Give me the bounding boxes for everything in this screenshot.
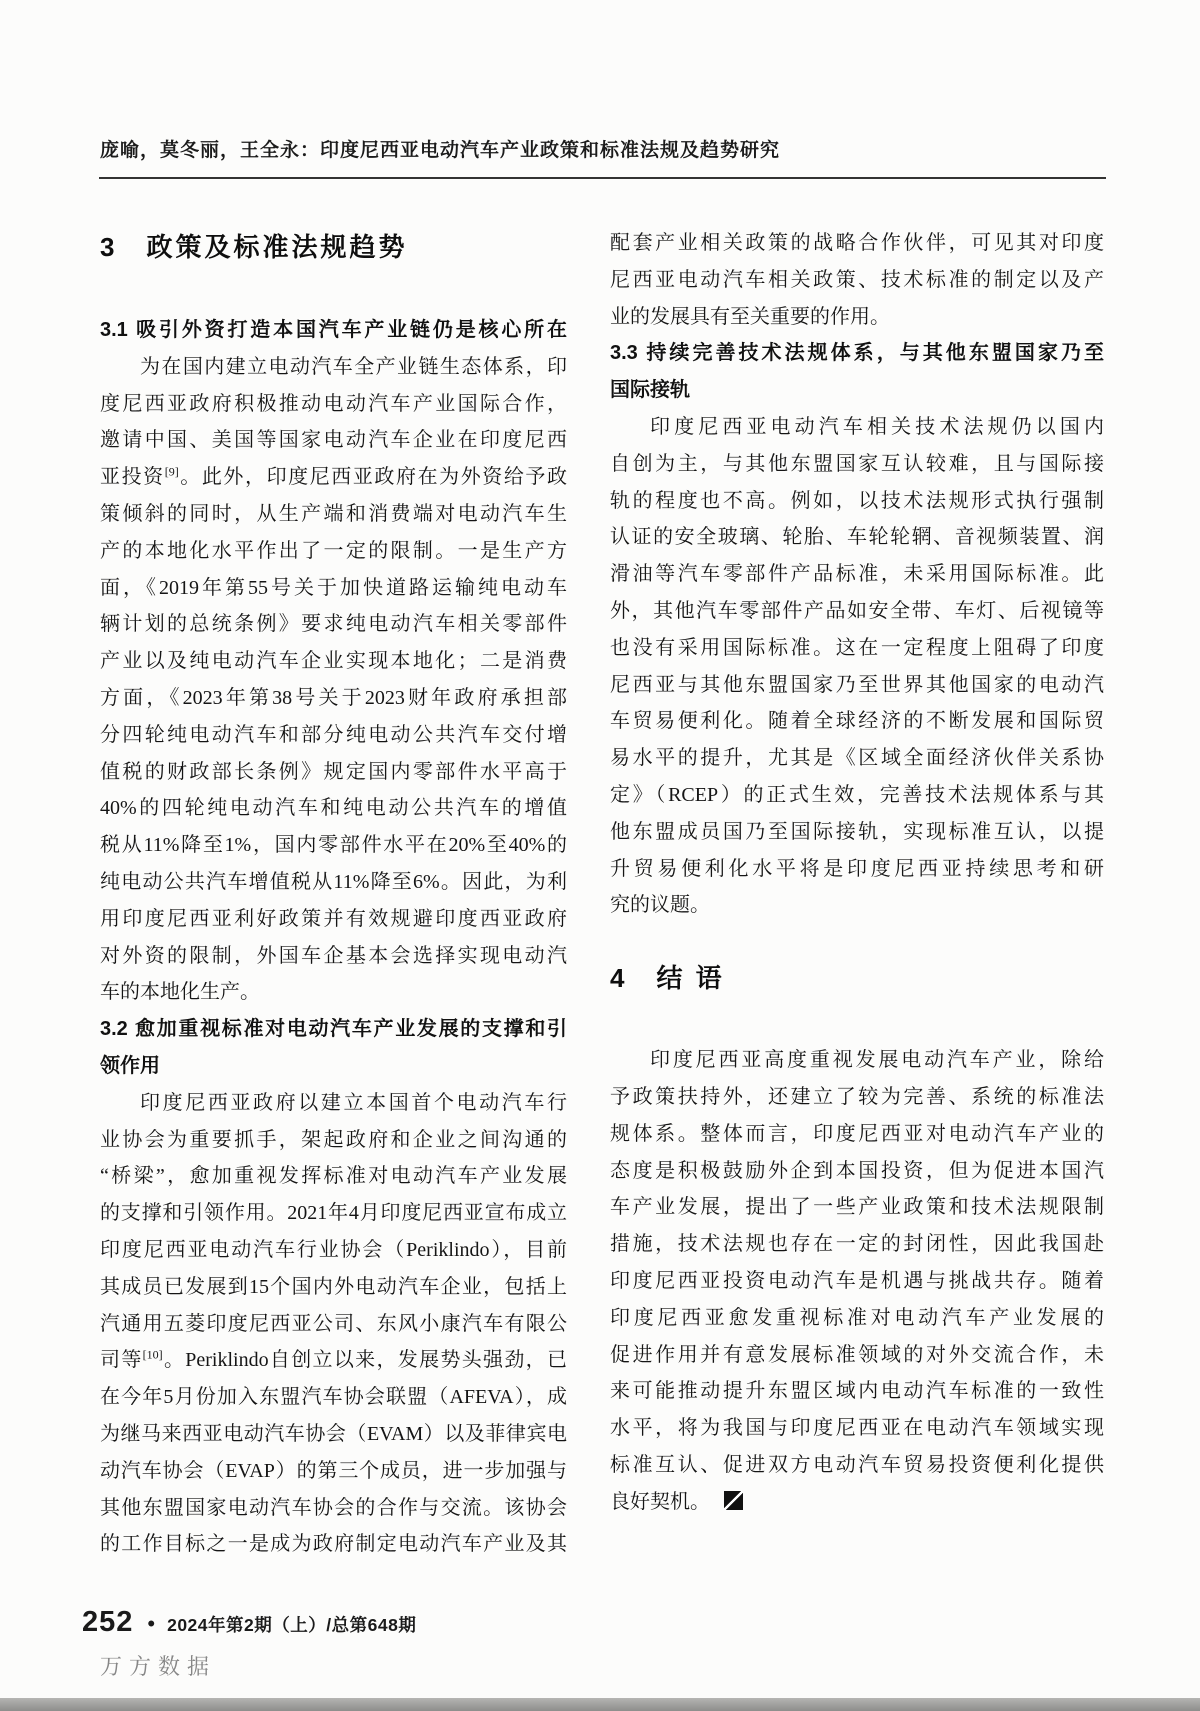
citation-ref: [10]: [143, 1348, 163, 1362]
scan-edge-strip: [0, 1698, 1200, 1711]
text-line: 为在国内建立电动汽车全产业链生态体系，印: [100, 349, 567, 386]
text-line: 度尼西亚政府积极推动电动汽车产业国际合作，: [100, 386, 567, 423]
text-line: “桥梁”，愈加重视发挥标准对电动汽车产业发展: [100, 1158, 567, 1195]
section-heading: 3.2 愈加重视标准对电动汽车产业发展的支撑和引: [100, 1011, 567, 1048]
text-line: 他东盟成员国乃至国际接轨，实现标准互认，以提: [610, 814, 1104, 851]
text-line: 易水平的提升，尤其是《区域全面经济伙伴关系协: [610, 740, 1104, 777]
text-line: 税从11%降至1%，国内零部件水平在20%至40%的: [100, 827, 567, 864]
text-line: 产的本地化水平作出了一定的限制。一是生产方: [100, 533, 567, 570]
text-line: 汽通用五菱印度尼西亚公司、东风小康汽车有限公: [100, 1306, 567, 1343]
text-line: 对外资的限制，外国车企基本会选择实现电动汽: [100, 938, 567, 975]
text-line: 产业以及纯电动汽车企业实现本地化；二是消费: [100, 643, 567, 680]
text-line: 纯电动公共汽车增值税从11%降至6%。因此，为利: [100, 864, 567, 901]
bullet-icon: •: [147, 1611, 155, 1637]
text-line: 车的本地化生产。: [100, 974, 567, 1011]
text-line: 印度尼西亚政府以建立本国首个电动汽车行: [100, 1085, 567, 1122]
text-line: 自创为主，与其他东盟国家互认较难，且与国际接: [610, 446, 1104, 483]
text-line: 印度尼西亚电动汽车相关技术法规仍以国内: [610, 409, 1104, 446]
text-line: 印度尼西亚投资电动汽车是机遇与挑战共存。随着: [610, 1263, 1104, 1300]
section-heading: 领作用: [100, 1048, 567, 1085]
page-number: 252: [82, 1606, 133, 1639]
text-line: 外，其他汽车零部件产品如安全带、车灯、后视镜等: [610, 593, 1104, 630]
section-heading: 4 结 语: [610, 958, 1104, 998]
text-line: 予政策扶持外，还建立了较为完善、系统的标准法: [610, 1079, 1104, 1116]
text-line: 面，《2019年第55号关于加快道路运输纯电动车: [100, 570, 567, 607]
text-line: 的支撑和引领作用。2021年4月印度尼西亚宣布成立: [100, 1195, 567, 1232]
text-line: 业协会为重要抓手，架起政府和企业之间沟通的: [100, 1122, 567, 1159]
text-line: 态度是积极鼓励外企到本国投资，但为促进本国汽: [610, 1153, 1104, 1190]
text-line: 促进作用并有意发展标准领域的对外交流合作，未: [610, 1337, 1104, 1374]
text-line: 方面，《2023年第38号关于2023财年政府承担部: [100, 680, 567, 717]
text-line: 其他东盟国家电动汽车协会的合作与交流。该协会: [100, 1490, 567, 1527]
section-heading: 3.3 持续完善技术法规体系，与其他东盟国家乃至: [610, 335, 1104, 372]
text-line: 分四轮纯电动汽车和部分纯电动公共汽车交付增: [100, 717, 567, 754]
text-line: 水平，将为我国与印度尼西亚在电动汽车领域实现: [610, 1410, 1104, 1447]
text-line: 用印度尼西亚利好政策并有效规避印度西亚政府: [100, 901, 567, 938]
text-line: 良好契机。: [610, 1484, 1104, 1521]
text-line: 认证的安全玻璃、轮胎、车轮轮辋、音视频装置、润: [610, 519, 1104, 556]
text-line: 规体系。整体而言，印度尼西亚对电动汽车产业的: [610, 1116, 1104, 1153]
section-heading: 3 政策及标准法规趋势: [100, 227, 567, 267]
journal-page: 庞喻，莫冬丽，王全永：印度尼西亚电动汽车产业政策和标准法规及趋势研究 3 政策及…: [0, 0, 1200, 1711]
text-line: 配套产业相关政策的战略合作伙伴，可见其对印度: [610, 225, 1104, 262]
header-rule: [99, 177, 1106, 179]
text-line: 来可能推动提升东盟区域内电动汽车标准的一致性: [610, 1373, 1104, 1410]
column-right: 配套产业相关政策的战略合作伙伴，可见其对印度尼西亚电动汽车相关政策、技术标准的制…: [610, 225, 1104, 1521]
text-line: 亚投资[9]。此外，印度尼西亚政府在为外资给予政: [100, 459, 567, 496]
text-line: 印度尼西亚高度重视发展电动汽车产业，除给: [610, 1042, 1104, 1079]
article-end-icon: [724, 1491, 743, 1510]
section-heading: 3.1 吸引外资打造本国汽车产业链仍是核心所在: [100, 312, 567, 349]
text-line: 车产业发展，提出了一些产业政策和技术法规限制: [610, 1189, 1104, 1226]
text-line: 为继马来西亚电动汽车协会（EVAM）以及菲律宾电: [100, 1416, 567, 1453]
page-footer: 252 • 2024年第2期（上）/总第648期: [82, 1606, 416, 1639]
text-line: 邀请中国、美国等国家电动汽车企业在印度尼西: [100, 422, 567, 459]
text-line: 车贸易便利化。随着全球经济的不断发展和国际贸: [610, 703, 1104, 740]
text-line: 标准互认、促进双方电动汽车贸易投资便利化提供: [610, 1447, 1104, 1484]
section-heading: 国际接轨: [610, 372, 1104, 409]
text-line: 策倾斜的同时，从生产端和消费端对电动汽车生: [100, 496, 567, 533]
text-line: 滑油等汽车零部件产品标准，未采用国际标准。此: [610, 556, 1104, 593]
column-left: 3 政策及标准法规趋势3.1 吸引外资打造本国汽车产业链仍是核心所在为在国内建立…: [100, 225, 567, 1563]
text-line: 印度尼西亚愈发重视标准对电动汽车产业发展的: [610, 1300, 1104, 1337]
citation-ref: [9]: [165, 465, 179, 479]
text-line: 辆计划的总统条例》要求纯电动汽车相关零部件: [100, 606, 567, 643]
text-line: 在今年5月份加入东盟汽车协会联盟（AFEVA），成: [100, 1379, 567, 1416]
text-line: 尼西亚与其他东盟国家乃至世界其他国家的电动汽: [610, 667, 1104, 704]
text-line: 值税的财政部长条例》规定国内零部件水平高于: [100, 754, 567, 791]
text-line: 究的议题。: [610, 887, 1104, 924]
text-line: 的工作目标之一是成为政府制定电动汽车产业及其: [100, 1526, 567, 1563]
text-line: 司等[10]。Periklindo自创立以来，发展势头强劲，已: [100, 1342, 567, 1379]
text-line: 升贸易便利化水平将是印度尼西亚持续思考和研: [610, 851, 1104, 888]
text-line: 40%的四轮纯电动汽车和纯电动公共汽车的增值: [100, 790, 567, 827]
text-line: 也没有采用国际标准。这在一定程度上阻碍了印度: [610, 630, 1104, 667]
running-head-byline: 庞喻，莫冬丽，王全永：印度尼西亚电动汽车产业政策和标准法规及趋势研究: [100, 138, 1100, 164]
text-line: 业的发展具有至关重要的作用。: [610, 299, 1104, 336]
text-line: 印度尼西亚电动汽车行业协会（Periklindo），目前: [100, 1232, 567, 1269]
text-line: 定》（RCEP）的正式生效，完善技术法规体系与其: [610, 777, 1104, 814]
text-line: 尼西亚电动汽车相关政策、技术标准的制定以及产: [610, 262, 1104, 299]
text-line: 动汽车协会（EVAP）的第三个成员，进一步加强与: [100, 1453, 567, 1490]
issue-info: 2024年第2期（上）/总第648期: [167, 1612, 416, 1637]
wanfang-watermark: 万方数据: [100, 1650, 216, 1681]
text-line: 轨的程度也不高。例如，以技术法规形式执行强制: [610, 483, 1104, 520]
text-line: 其成员已发展到15个国内外电动汽车企业，包括上: [100, 1269, 567, 1306]
text-line: 措施，技术法规也存在一定的封闭性，因此我国赴: [610, 1226, 1104, 1263]
